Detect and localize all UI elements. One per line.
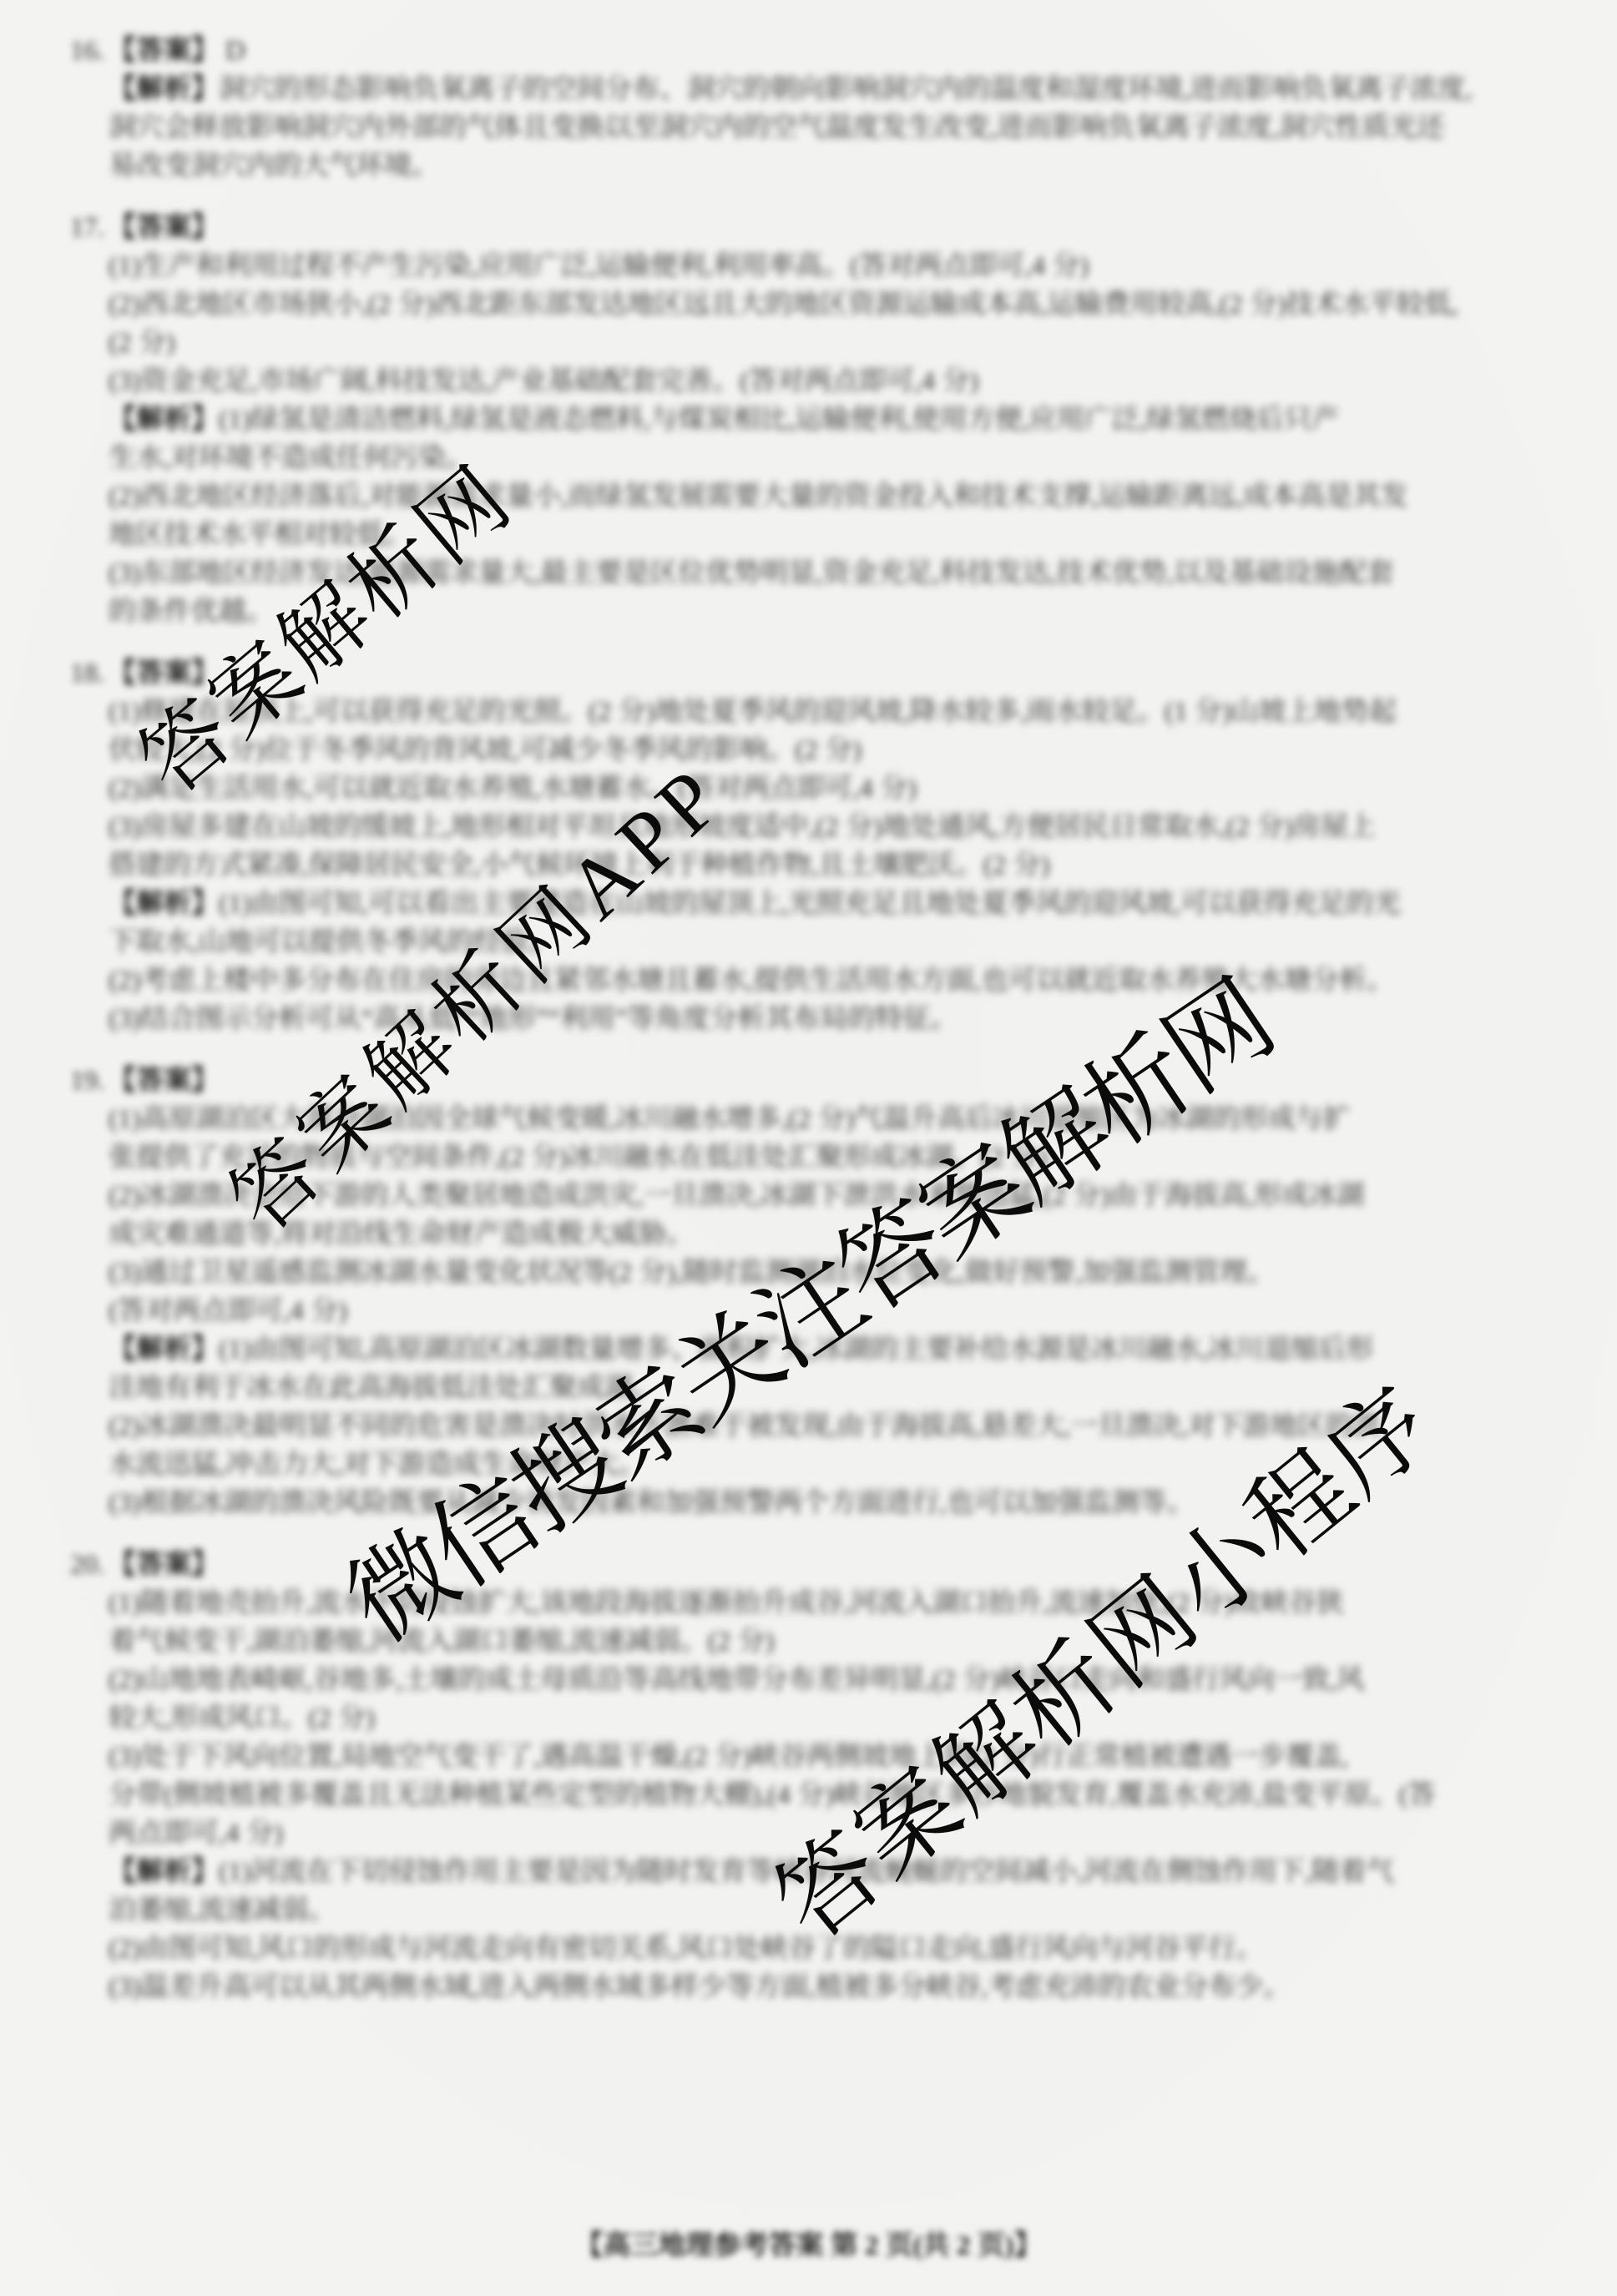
text-line: 搭建的方式紧凑,保障居民安全,小气候环境上利于种植作物,且土壤肥沃。(2 分) [0, 846, 1617, 885]
question-head: 20.【答案】 [0, 1546, 1617, 1584]
document-page: 16.【答案】D【解析】洞穴的形态影响负氧离子的空间分布、洞穴的朝向影响洞穴内的… [0, 0, 1617, 2296]
text-line: (1)生产和利用过程不产生污染,应用广泛,运输便利,利用率高。(答对两点即可,4… [0, 247, 1617, 285]
text-line: (3)处于下风向位置,局地空气变干了,遇高温干燥,(2 分)峡谷两侧坡地上的(2… [0, 1738, 1617, 1776]
question-block: 16.【答案】D【解析】洞穴的形态影响负氧离子的空间分布、洞穴的朝向影响洞穴内的… [0, 32, 1617, 185]
text-line: (3)资金充足,市场广阔,科技发达,产业基础配套完善。(答对两点即可,4 分) [0, 362, 1617, 401]
text-line: (3)结合图示分析可从“高从低”“地形”“利用”等角度分析其布局的特征。 [0, 1000, 1617, 1038]
question-head: 19.【答案】 [0, 1062, 1617, 1100]
page-footer: 【高三地理参考答案 第 2 页(共 2 页)】 [575, 2223, 1041, 2263]
text-line: 易改变洞穴内的大气环境。 [0, 147, 1617, 185]
text-line: 生水,对环境不造成任何污染。 [0, 439, 1617, 477]
text-line: 【解析】(1)绿氢是清洁燃料,绿氢是液态燃料,与煤炭相比,运输便利,使用方便,应… [0, 401, 1617, 439]
text-line: (2)满足生活用水,可以就近取水养殖,水塘蓄水。(答对两点即可,4 分) [0, 770, 1617, 808]
question-head: 16.【答案】D [0, 32, 1617, 70]
text-line: (3)东部地区经济发达,能源需求量大,最主要是区位优势明显,资金充足,科技发达,… [0, 554, 1617, 593]
text-line: 着气候变干,湖泊萎缩,河流入湖口萎缩,流速减弱。(2 分) [0, 1622, 1617, 1661]
questions-area: 16.【答案】D【解析】洞穴的形态影响负氧离子的空间分布、洞穴的朝向影响洞穴内的… [0, 32, 1617, 2030]
text-line: (3)温差升高可以从其两侧水域,进入两侧水域多样少等方面,植被多分峡谷,考虑充沛… [0, 1968, 1617, 2006]
text-line: 较大,形成风口。(2 分) [0, 1699, 1617, 1738]
text-line: (2 分) [0, 324, 1617, 362]
text-line: 地区技术水平相对较低。 [0, 516, 1617, 554]
text-line: (2)山地地表崎岖,谷地多,土壤的成土母质沿等高线地带分布差异明显,(2 分)峡… [0, 1661, 1617, 1699]
text-line: (2)西北地区经济落后,对能源需求量小,而绿氢发展需要大量的资金投入和技术支撑,… [0, 477, 1617, 516]
text-line: (2)西北地区市场狭小,(2 分)西北距东部发达地区远且大的地区资源运输成本高,… [0, 285, 1617, 324]
text-line: 【解析】(1)由图可知,可以看出主要建造在山坡的屋顶上,光照充足且地处夏季风的迎… [0, 885, 1617, 923]
question-head: 17.【答案】 [0, 209, 1617, 247]
text-line: (1)随着地壳抬升,流水下切侵蚀扩大,该地段海拔逐渐抬升成谷,河流入湖口抬升,流… [0, 1584, 1617, 1622]
text-line: 【解析】洞穴的形态影响负氧离子的空间分布、洞穴的朝向影响洞穴内的温度和湿度环境,… [0, 70, 1617, 108]
text-line: 洞穴会释放影响洞穴内外部的气体且变换以至洞穴内的空气温度发生改变,进而影响负氧离… [0, 108, 1617, 147]
text-line: (2)考虑上楼中多分布在住房的旁边且紧邻水塘且蓄水,提供生活用水方面,也可以就近… [0, 961, 1617, 1000]
text-line: 下取水,山地可以提供冬季风的经验。 [0, 923, 1617, 961]
text-line: (3)房屋多建在山坡的缓坡上,地形相对平坦且地形坡度适中,(2 分)地处通风,方… [0, 808, 1617, 846]
question-block: 17.【答案】(1)生产和利用过程不产生污染,应用广泛,运输便利,利用率高。(答… [0, 209, 1617, 631]
